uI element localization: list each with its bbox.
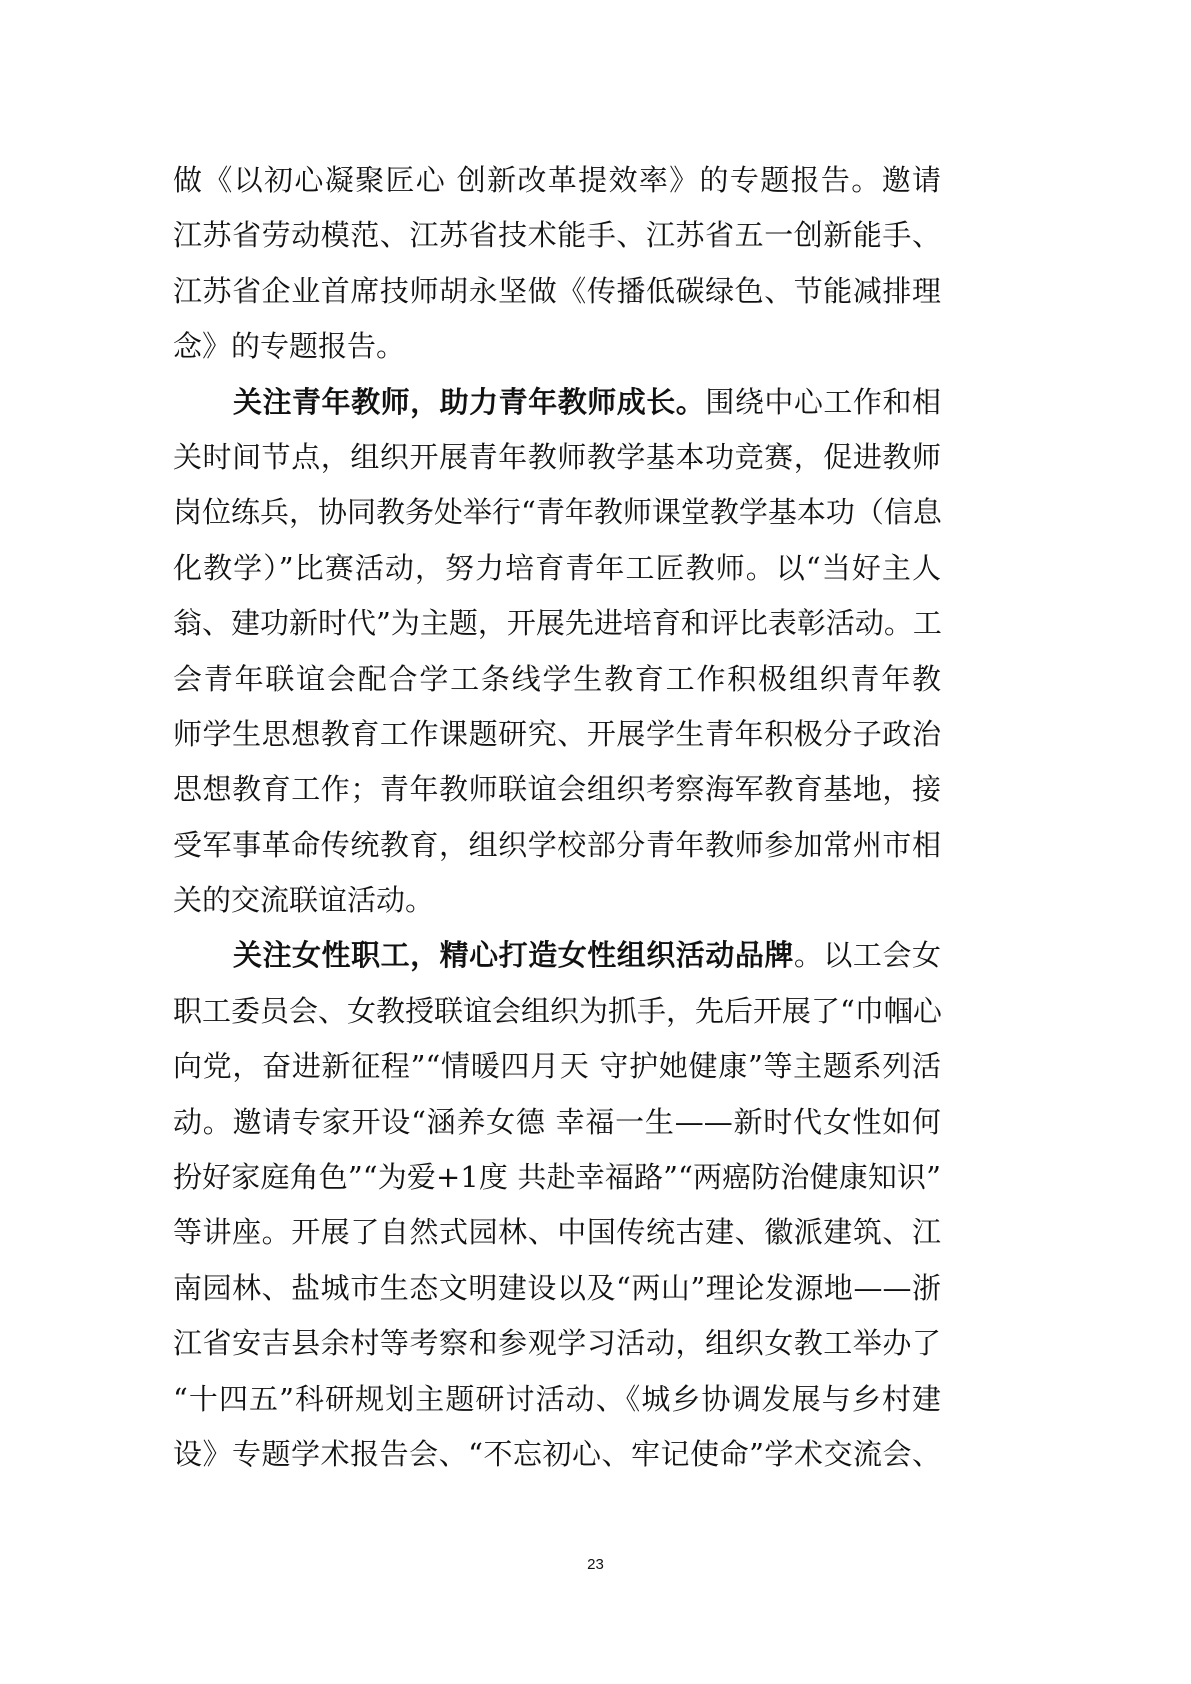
text-line: 念》的专题报告。: [173, 319, 941, 374]
paragraph-first-line: 关注青年教师，助力青年教师成长。围绕中心工作和相: [173, 375, 941, 430]
text-line: 扮好家庭角色”“为爱+1度 共赴幸福路”“两癌防治健康知识”: [173, 1150, 941, 1205]
text-line: 职工委员会、女教授联谊会组织为抓手，先后开展了“巾帼心: [173, 984, 941, 1039]
paragraph-3: 关注女性职工，精心打造女性组织活动品牌。以工会女 职工委员会、女教授联谊会组织为…: [173, 928, 941, 1482]
text-line: 化教学）”比赛活动，努力培育青年工匠教师。以“当好主人: [173, 541, 941, 596]
text-line: 江省安吉县余村等考察和参观学习活动，组织女教工举办了: [173, 1316, 941, 1371]
text-line: 思想教育工作；青年教师联谊会组织考察海军教育基地，接: [173, 762, 941, 817]
text-line: 江苏省劳动模范、江苏省技术能手、江苏省五一创新能手、: [173, 208, 941, 263]
text-line: “十四五”科研规划主题研讨活动、《城乡协调发展与乡村建: [173, 1372, 941, 1427]
text-line: 岗位练兵，协同教务处举行“青年教师课堂教学基本功（信息: [173, 485, 941, 540]
text-line: 师学生思想教育工作课题研究、开展学生青年积极分子政治: [173, 707, 941, 762]
text-line: 向党，奋进新征程”“情暖四月天 守护她健康”等主题系列活: [173, 1039, 941, 1094]
text-line: 设》专题学术报告会、“不忘初心、牢记使命”学术交流会、: [173, 1427, 941, 1482]
text-line: 南园林、盐城市生态文明建设以及“两山”理论发源地——浙: [173, 1261, 941, 1316]
text-line: 等讲座。开展了自然式园林、中国传统古建、徽派建筑、江: [173, 1205, 941, 1260]
text-run: 围绕中心工作和相: [705, 385, 941, 419]
paragraph-heading: 关注青年教师，助力青年教师成长。: [233, 385, 705, 419]
text-line: 关的交流联谊活动。: [173, 873, 941, 928]
text-line: 关时间节点，组织开展青年教师教学基本功竞赛，促进教师: [173, 430, 941, 485]
paragraph-first-line: 关注女性职工，精心打造女性组织活动品牌。以工会女: [173, 928, 941, 983]
paragraph-2: 关注青年教师，助力青年教师成长。围绕中心工作和相 关时间节点，组织开展青年教师教…: [173, 375, 941, 929]
text-line: 受军事革命传统教育，组织学校部分青年教师参加常州市相: [173, 818, 941, 873]
paragraph-1: 做《以初心凝聚匠心 创新改革提效率》的专题报告。邀请 江苏省劳动模范、江苏省技术…: [173, 153, 941, 375]
text-line: 会青年联谊会配合学工条线学生教育工作积极组织青年教: [173, 652, 941, 707]
text-run: 。以工会女: [794, 938, 941, 972]
paragraph-heading: 关注女性职工，精心打造女性组织活动品牌: [233, 938, 794, 972]
page-number: 23: [0, 1556, 1191, 1573]
text-line: 江苏省企业首席技师胡永坚做《传播低碳绿色、节能减排理: [173, 264, 941, 319]
body-text: 做《以初心凝聚匠心 创新改革提效率》的专题报告。邀请 江苏省劳动模范、江苏省技术…: [173, 153, 941, 1482]
text-line: 做《以初心凝聚匠心 创新改革提效率》的专题报告。邀请: [173, 153, 941, 208]
text-line: 动。邀请专家开设“涵养女德 幸福一生——新时代女性如何: [173, 1095, 941, 1150]
text-line: 翁、建功新时代”为主题，开展先进培育和评比表彰活动。工: [173, 596, 941, 651]
document-page: 做《以初心凝聚匠心 创新改革提效率》的专题报告。邀请 江苏省劳动模范、江苏省技术…: [0, 0, 1191, 1684]
